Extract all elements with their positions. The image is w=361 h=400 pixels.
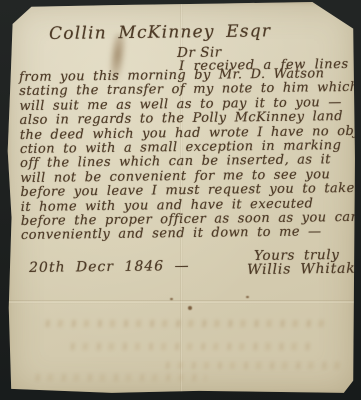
signature-line: Willis Whitaker xyxy=(247,260,361,278)
paper-speck xyxy=(188,306,192,310)
paper-speck xyxy=(246,296,249,298)
body-line: conveniently and send it down to me — xyxy=(21,225,361,244)
letter-paper: Collin McKinney Esqr Dr Sir I received a… xyxy=(7,2,356,394)
horizontal-fold-crease xyxy=(7,300,356,304)
bleedthrough-marks xyxy=(157,362,347,369)
date-line: 20th Decr 1846 — xyxy=(29,258,190,276)
bleedthrough-marks xyxy=(27,374,207,381)
letter-body: from you this morning by Mr. D. Watson s… xyxy=(19,67,361,244)
recipient-line: Collin McKinney Esqr xyxy=(49,21,271,44)
bleedthrough-marks xyxy=(62,343,312,350)
bleedthrough-marks xyxy=(37,320,327,327)
letter-photo: Collin McKinney Esqr Dr Sir I received a… xyxy=(0,0,361,400)
paper-speck xyxy=(170,298,173,300)
